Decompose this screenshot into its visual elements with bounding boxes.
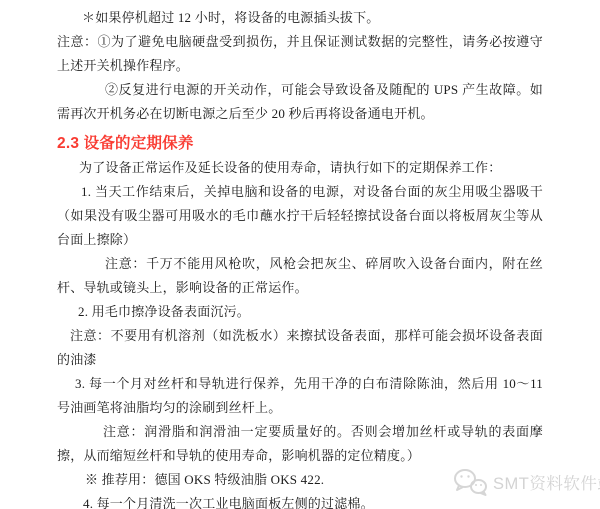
paragraph-note-solvent: 注意：不要用有机溶剂（如洗板水）来擦拭设备表面，那样可能会损坏设备表面的油漆 bbox=[57, 324, 543, 372]
wechat-bubbles-icon bbox=[452, 468, 488, 496]
paragraph-note-harddisk: 注意：①为了避免电脑硬盘受到损伤，并且保证测试数据的完整性，请务必按遵守上述开关… bbox=[57, 30, 543, 78]
watermark: SMT资料软件站 bbox=[452, 468, 600, 496]
section-heading: 2.3 设备的定期保养 bbox=[57, 132, 543, 156]
paragraph-item-3-screw-rail: 3. 每一个月对丝杆和导轨进行保养，先用干净的白布清除陈油，然后用 10～11 … bbox=[57, 372, 543, 420]
document-body: ＊如果停机超过 12 小时，将设备的电源插头拔下。 注意：①为了避免电脑硬盘受到… bbox=[0, 0, 600, 509]
paragraph-item-1-daily-clean: 1. 当天工作结束后，关掉电脑和设备的电源，对设备台面的灰尘用吸尘器吸干（如果没… bbox=[57, 180, 543, 252]
paragraph-note-lubricant: 注意：润滑脂和润滑油一定要质量好的。否则会增加丝杆或导轨的表面摩擦，从而缩短丝杆… bbox=[57, 420, 543, 468]
paragraph-note-ups: ②反复进行电源的开关动作，可能会导致设备及随配的 UPS 产生故障。如需再次开机… bbox=[57, 78, 543, 126]
document-page: ＊如果停机超过 12 小时，将设备的电源插头拔下。 注意：①为了避免电脑硬盘受到… bbox=[0, 0, 600, 509]
paragraph-maintenance-intro: 为了设备正常运作及延长设备的使用寿命，请执行如下的定期保养工作： bbox=[57, 156, 543, 180]
paragraph-power-unplug: ＊如果停机超过 12 小时，将设备的电源插头拔下。 bbox=[57, 6, 543, 30]
paragraph-item-2-towel: 2. 用毛巾擦净设备表面沉污。 bbox=[57, 300, 543, 324]
paragraph-note-air-gun: 注意：千万不能用风枪吹，风枪会把灰尘、碎屑吹入设备台面内，附在丝杆、导轨或镜头上… bbox=[57, 252, 543, 300]
watermark-label: SMT资料软件站 bbox=[493, 470, 600, 494]
